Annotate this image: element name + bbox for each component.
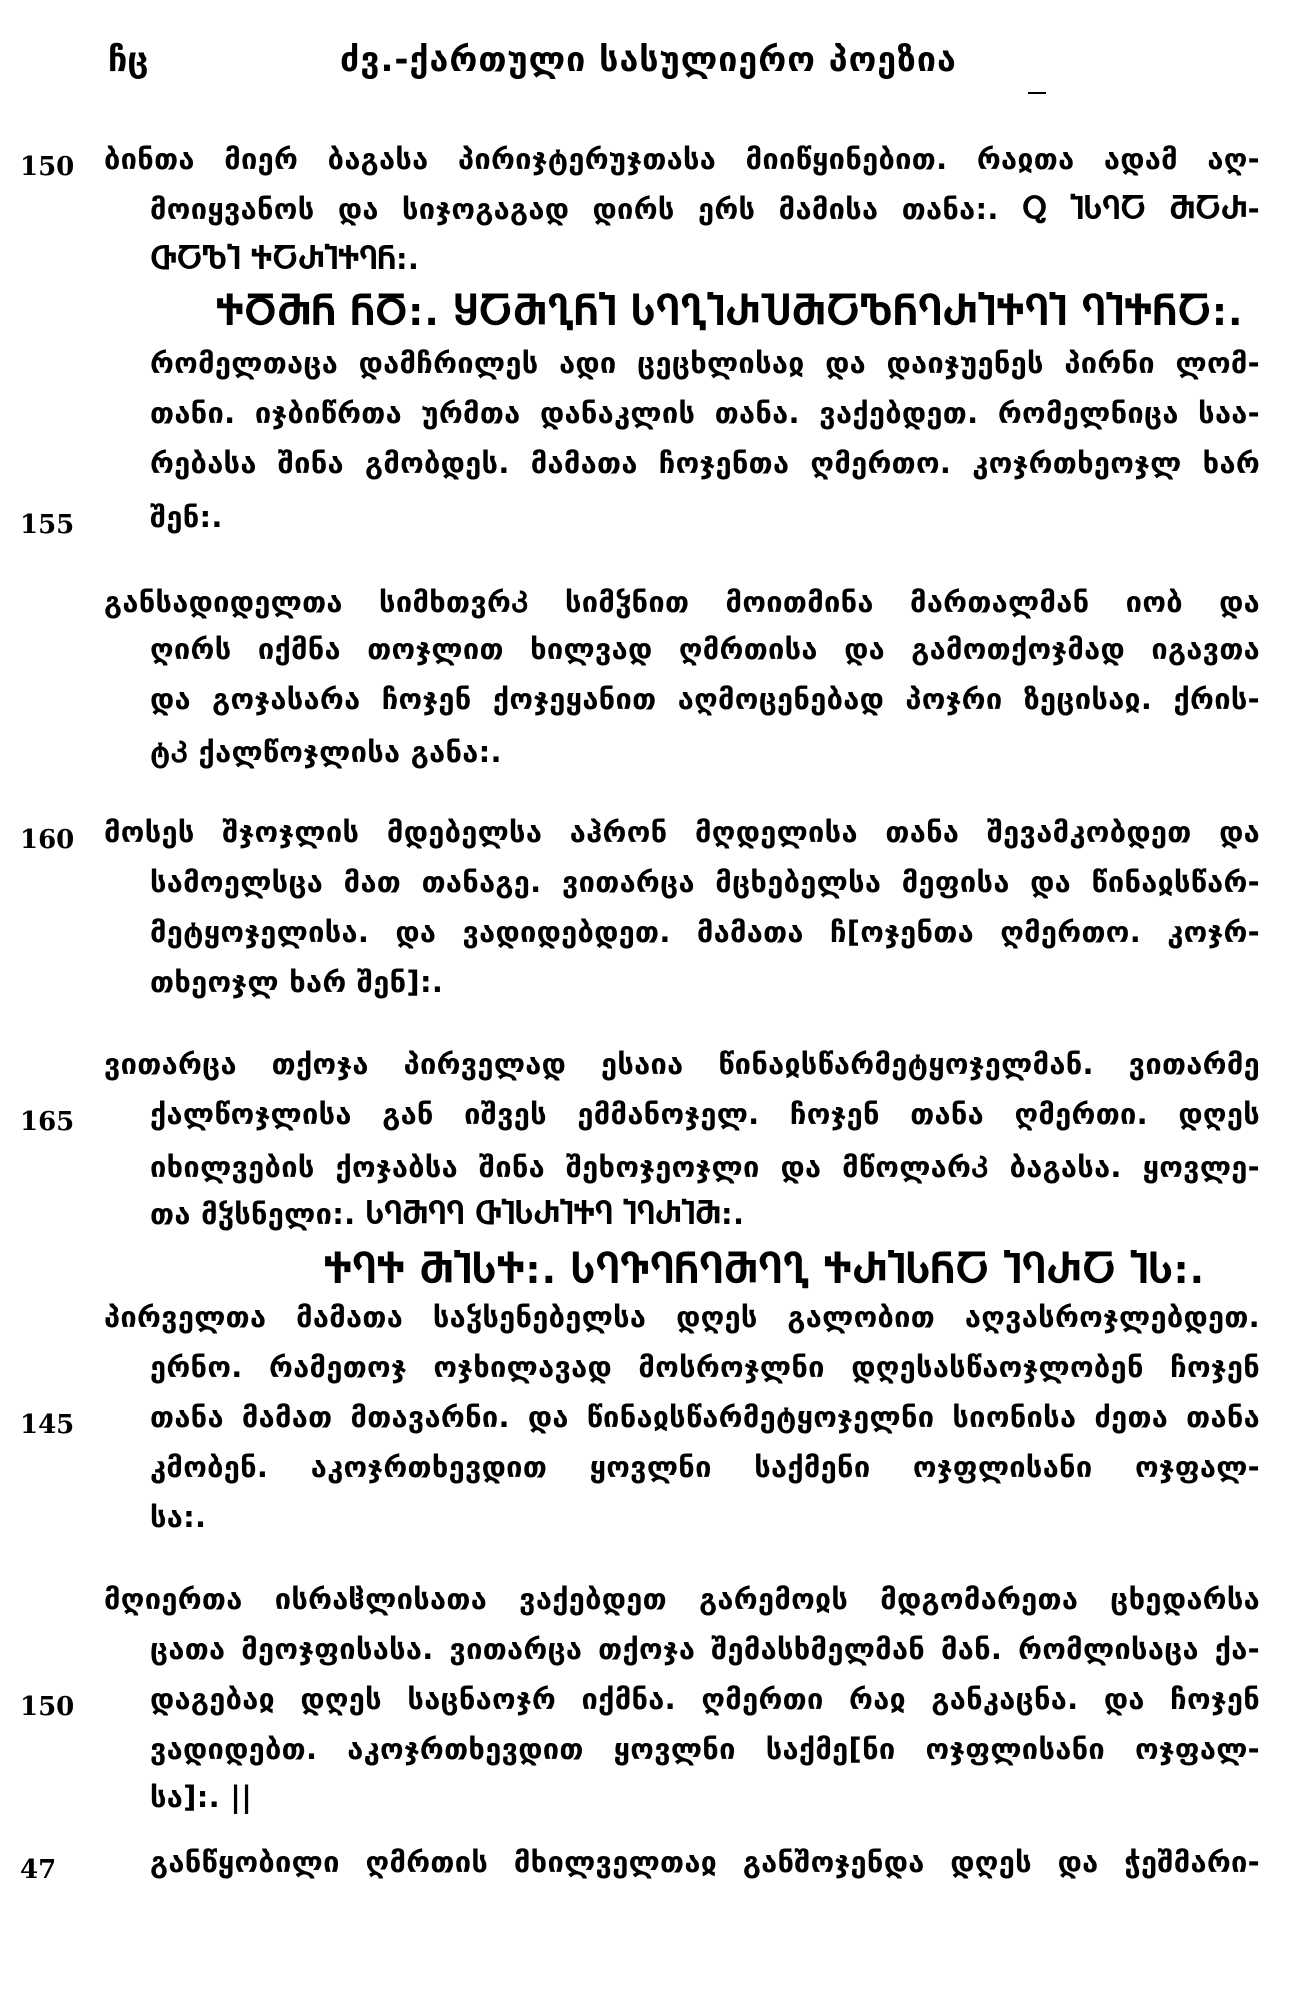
text-line: პირველთა მამათა საჴსენებელსა დღეს გალობი…	[0, 1300, 1312, 1348]
line-text: ႵႣႫႬ ႬႣ:. ႸႠႫႢႬႨ ႱႤႢႨႰႮႫႠႪႬႤႰႨႵႤႨ ႤႨႵႬႠ:…	[216, 290, 1260, 334]
text-line: მეტყოჯელისა. და ვადიდებდეთ. მამათა ჩ[ოჯე…	[0, 915, 1312, 963]
line-text: თა მჴსნელი:. ႱႤႫႤႤ ႧႨႱႰႨႵႤ ႨႤႰႨႫ:.	[150, 1197, 1260, 1231]
line-text: სა]:. ||	[150, 1780, 1260, 1814]
section-heading: ႵႣႫႬ ႬႣ:. ႸႠႫႢႬႨ ႱႤႢႨႰႮႫႠႪႬႤႰႨႵႤႨ ႤႨႵႬႠ:…	[0, 290, 1312, 338]
text-line: კმობენ. აკოჯრთხევდით ყოვლნი საქმენი ოჯფლ…	[0, 1450, 1312, 1498]
text-line: რებასა შინა გმობდეს. მამათა ჩოჯენთა ღმერ…	[0, 446, 1312, 494]
line-text: პირველთა მამათა საჴსენებელსა დღეს გალობი…	[104, 1300, 1260, 1334]
text-line: თანი. იჯბიწრთა ურმთა დანაკლის თანა. ვაქე…	[0, 396, 1312, 444]
line-number: 47	[20, 1855, 56, 1885]
text-line: 160მოსეს შჯოჯლის მდებელსა აჰრონ მღდელისა…	[0, 815, 1312, 863]
line-text: ღირს იქმნა თოჯლით ხილვად ღმრთისა და გამო…	[150, 632, 1260, 666]
line-text: დაგებაჲ დღეს საცნაოჯრ იქმნა. ღმერთი რაჲ …	[150, 1682, 1260, 1716]
page-number: ჩც	[108, 40, 148, 80]
section-heading: ႵႤႵ ႫႨႱႵ:. ႱႤႥႤႬႤႫႤႢ ႵႰႨႱႬႠ ႨႤႰႠ ႨႱ:.	[0, 1248, 1312, 1296]
running-title: ძვ.-ქართული სასულიერო პოეზია	[340, 40, 957, 80]
line-text: და გოჯასარა ჩოჯენ ქოჯეყანით აღმოცენებად …	[150, 682, 1260, 716]
line-text: იხილვების ქოჯაბსა შინა შეხოჯეოჯლი და მწო…	[150, 1147, 1260, 1186]
speck-mark	[1028, 92, 1046, 94]
line-number: 150	[20, 152, 74, 182]
text-line: 150დაგებაჲ დღეს საცნაოჯრ იქმნა. ღმერთი რ…	[0, 1682, 1312, 1730]
text-line: 150ბინთა მიერ ბაგასა პირიჯტერუჯთასა მიიწ…	[0, 142, 1312, 190]
text-line: სა]:. ||	[0, 1780, 1312, 1828]
line-text: რებასა შინა გმობდეს. მამათა ჩოჯენთა ღმერ…	[150, 446, 1260, 480]
line-text: ႵႤႵ ႫႨႱႵ:. ႱႤႥႤႬႤႫႤႢ ႵႰႨႱႬႠ ႨႤႰႠ ႨႱ:.	[324, 1248, 1260, 1292]
text-line: 47განწყობილი ღმრთის მხილველთაჲ განშოჯენდ…	[0, 1845, 1312, 1893]
line-text: მოიყვანოს და სიჯოგაგად დირს ერს მამისა თ…	[150, 192, 1260, 226]
line-text: მოსეს შჯოჯლის მდებელსა აჰრონ მღდელისა თა…	[104, 815, 1260, 849]
line-text: სა:.	[150, 1500, 1260, 1534]
line-text: სამოელსცა მათ თანაგე. ვითარცა მცხებელსა …	[150, 865, 1260, 899]
text-line: თხეოჯლ ხარ შენ]:.	[0, 965, 1312, 1013]
text-line: 155შენ:.	[0, 500, 1312, 548]
line-text: ქალწოჯლისა გან იშვეს ემმანოჯელ. ჩოჯენ თა…	[150, 1097, 1260, 1131]
line-text: თანა მამათ მთავარნი. და წინაჲსწარმეტყოჯე…	[150, 1400, 1260, 1434]
text-line: ტᲙ ქალწოჯლისა განა:.	[0, 732, 1312, 780]
line-number: 160	[20, 825, 74, 855]
line-number: 145	[20, 1410, 74, 1440]
text-line: განსადიდელთა სიმხთვრᲙ სიმჴნით მოითმინა მ…	[0, 582, 1312, 630]
line-text: რომელთაცა დამჩრილეს ადი ცეცხლისაჲ და დაი…	[150, 346, 1260, 380]
text-line: ღირს იქმნა თოჯლით ხილვად ღმრთისა და გამო…	[0, 632, 1312, 680]
text-line: ႧႠႪႨ ႵႠႰႨႵႤႬ:.	[0, 242, 1312, 290]
line-number: 165	[20, 1107, 74, 1137]
text-line: სა:.	[0, 1500, 1312, 1548]
text-line: რომელთაცა დამჩრილეს ადი ცეცხლისაჲ და დაი…	[0, 346, 1312, 394]
text-line: და გოჯასარა ჩოჯენ ქოჯეყანით აღმოცენებად …	[0, 682, 1312, 730]
line-text: ვითარცა თქოჯა პირველად ესაია წინაჲსწარმე…	[104, 1047, 1260, 1081]
scanned-page: ჩც ძვ.-ქართული სასულიერო პოეზია 150ბინთა…	[0, 0, 1312, 1999]
text-line: ვითარცა თქოჯა პირველად ესაია წინაჲსწარმე…	[0, 1047, 1312, 1095]
line-text: თანი. იჯბიწრთა ურმთა დანაკლის თანა. ვაქე…	[150, 396, 1260, 430]
running-head: ჩც ძვ.-ქართული სასულიერო პოეზია	[0, 40, 1312, 90]
text-line: თა მჴსნელი:. ႱႤႫႤႤ ႧႨႱႰႨႵႤ ႨႤႰႨႫ:.	[0, 1197, 1312, 1245]
text-line: ვადიდებთ. აკოჯრთხევდით ყოვლნი საქმე[ნი ო…	[0, 1732, 1312, 1780]
line-text: ბინთა მიერ ბაგასა პირიჯტერუჯთასა მიიწყინ…	[104, 142, 1260, 176]
line-text: კმობენ. აკოჯრთხევდით ყოვლნი საქმენი ოჯფლ…	[150, 1450, 1260, 1484]
line-number: 150	[20, 1692, 74, 1722]
line-text: თხეოჯლ ხარ შენ]:.	[150, 965, 1260, 999]
text-line: მღიერთა ისრაჱლისათა ვაქებდეთ გარემოჲს მდ…	[0, 1582, 1312, 1630]
line-text: შენ:.	[150, 500, 1260, 534]
line-text: მღიერთა ისრაჱლისათა ვაქებდეთ გარემოჲს მდ…	[104, 1582, 1260, 1616]
text-line: სამოელსცა მათ თანაგე. ვითარცა მცხებელსა …	[0, 865, 1312, 913]
text-line: იხილვების ქოჯაბსა შინა შეხოჯეოჯლი და მწო…	[0, 1147, 1312, 1195]
line-text: მეტყოჯელისა. და ვადიდებდეთ. მამათა ჩ[ოჯე…	[150, 915, 1260, 949]
text-line: 145თანა მამათ მთავარნი. და წინაჲსწარმეტყ…	[0, 1400, 1312, 1448]
line-text: ႧႠႪႨ ႵႠႰႨႵႤႬ:.	[150, 242, 1260, 276]
text-line: ერნო. რამეთოჯ ოჯხილავად მოსროჯლნი დღესას…	[0, 1350, 1312, 1398]
line-text: ერნო. რამეთოჯ ოჯხილავად მოსროჯლნი დღესას…	[150, 1350, 1260, 1384]
text-line: ცათა მეოჯფისასა. ვითარცა თქოჯა შემასხმელ…	[0, 1632, 1312, 1680]
line-text: ვადიდებთ. აკოჯრთხევდით ყოვლნი საქმე[ნი ო…	[150, 1732, 1260, 1766]
line-text: განსადიდელთა სიმხთვრᲙ სიმჴნით მოითმინა მ…	[104, 582, 1260, 621]
line-text: განწყობილი ღმრთის მხილველთაჲ განშოჯენდა …	[150, 1845, 1260, 1879]
text-line: მოიყვანოს და სიჯოგაგად დირს ერს მამისა თ…	[0, 192, 1312, 240]
line-text: ტᲙ ქალწოჯლისა განა:.	[150, 732, 1260, 771]
text-line: 165ქალწოჯლისა გან იშვეს ემმანოჯელ. ჩოჯენ…	[0, 1097, 1312, 1145]
line-text: ცათა მეოჯფისასა. ვითარცა თქოჯა შემასხმელ…	[150, 1632, 1260, 1666]
line-number: 155	[20, 510, 74, 540]
